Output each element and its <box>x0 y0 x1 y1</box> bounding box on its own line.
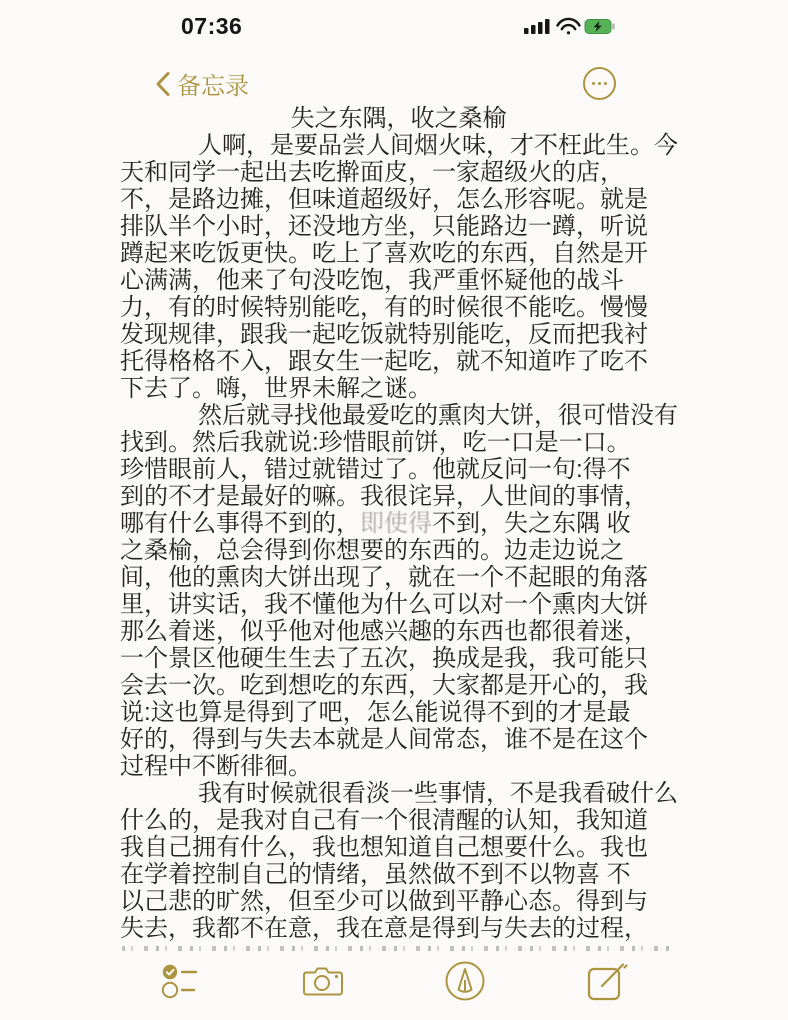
note-body[interactable]: 失之东隅，收之桑榆 人啊，是要品尝人间烟火味，才不枉此生。今天和同学一起出去吃擀… <box>120 105 677 942</box>
notes-app-screen: 07:36 备忘录 <box>0 0 788 1020</box>
note-line: 间，他的熏肉大饼出现了，就在一个不起眼的角落 <box>120 564 677 591</box>
wifi-icon <box>558 19 580 34</box>
note-line: 不，是路边摊，但味道超级好，怎么形容呢。就是 <box>120 186 677 213</box>
note-line: 下去了。嗨，世界未解之谜。 <box>120 375 677 402</box>
note-line: 哪有什么事得不到的，即使得不到，失之东隅 收 <box>120 510 677 537</box>
note-line: 我自己拥有什么，我也想知道自己想要什么。我也 <box>120 834 677 861</box>
note-line: 以己悲的旷然，但至少可以做到平静心态。得到与 <box>120 888 677 915</box>
note-line: 会去一次。吃到想吃的东西，大家都是开心的，我 <box>120 672 677 699</box>
back-button[interactable]: 备忘录 <box>155 66 249 101</box>
note-line: 在学着控制自己的情绪，虽然做不到不以物喜 不 <box>120 861 677 888</box>
note-line: 那么着迷，似乎他对他感兴趣的东西也都很着迷， <box>120 618 677 645</box>
note-line: 排队半个小时，还没地方坐，只能路边一蹲，听说 <box>120 213 677 240</box>
note-line: 失去，我都不在意，我在意是得到与失去的过程， <box>120 915 677 942</box>
note-title: 失之东隅，收之桑榆 <box>120 105 677 132</box>
camera-button[interactable] <box>301 959 345 1003</box>
markup-button[interactable] <box>443 959 487 1003</box>
back-button-label: 备忘录 <box>177 66 249 101</box>
note-paragraph: 我有时候就很看淡一些事情，不是我看破什么什么的，是我对自己有一个很清醒的认知，我… <box>120 780 677 942</box>
compose-icon <box>587 961 629 1001</box>
markup-pen-icon <box>444 960 486 1002</box>
note-line: 心满满，他来了句没吃饱，我严重怀疑他的战斗 <box>120 267 677 294</box>
note-line: 珍惜眼前人，错过就错过了。他就反问一句:得不 <box>120 456 677 483</box>
note-line: 好的，得到与失去本就是人间常态，谁不是在这个 <box>120 726 677 753</box>
note-line: 到的不才是最好的嘛。我很诧异，人世间的事情， <box>120 483 677 510</box>
note-line: 过程中不断徘徊。 <box>120 753 677 780</box>
checklist-icon <box>161 963 199 999</box>
chevron-left-icon <box>155 71 170 97</box>
note-paragraphs: 人啊，是要品尝人间烟火味，才不枉此生。今天和同学一起出去吃擀面皮，一家超级火的店… <box>120 132 677 942</box>
note-line: 说:这也算是得到了吧，怎么能说得不到的才是最 <box>120 699 677 726</box>
note-line: 人啊，是要品尝人间烟火味，才不枉此生。今 <box>120 132 677 159</box>
note-line: 发现规律，跟我一起吃饭就特别能吃，反而把我衬 <box>120 321 677 348</box>
note-line: 之桑榆，总会得到你想要的东西的。边走边说之 <box>120 537 677 564</box>
cellular-signal-icon <box>524 19 550 34</box>
bottom-toolbar <box>158 958 630 1004</box>
note-line: 里，讲实话，我不懂他为什么可以对一个熏肉大饼 <box>120 591 677 618</box>
note-line: 力，有的时候特别能吃，有的时候很不能吃。慢慢 <box>120 294 677 321</box>
more-button[interactable] <box>583 67 616 100</box>
compose-button[interactable] <box>586 959 630 1003</box>
battery-charging-icon <box>585 20 615 34</box>
note-line: 蹲起来吃饭更快。吃上了喜欢吃的东西，自然是开 <box>120 240 677 267</box>
ellipsis-icon <box>592 82 596 86</box>
camera-icon <box>303 964 343 998</box>
note-line: 一个景区他硬生生去了五次，换成是我，我可能只 <box>120 645 677 672</box>
note-line: 然后就寻找他最爱吃的熏肉大饼，很可惜没有 <box>120 402 677 429</box>
checklist-button[interactable] <box>158 959 202 1003</box>
note-line: 什么的，是我对自己有一个很清醒的认知，我知道 <box>120 807 677 834</box>
note-line: 天和同学一起出去吃擀面皮，一家超级火的店， <box>120 159 677 186</box>
note-line: 找到。然后我就说:珍惜眼前饼，吃一口是一口。 <box>120 429 677 456</box>
status-time: 07:36 <box>181 13 242 40</box>
note-line: 托得格格不入，跟女生一起吃，就不知道咋了吃不 <box>120 348 677 375</box>
clipped-text-line <box>122 946 670 951</box>
note-line: 我有时候就很看淡一些事情，不是我看破什么 <box>120 780 677 807</box>
note-paragraph: 人啊，是要品尝人间烟火味，才不枉此生。今天和同学一起出去吃擀面皮，一家超级火的店… <box>120 132 677 402</box>
status-icons <box>524 15 616 39</box>
note-paragraph: 然后就寻找他最爱吃的熏肉大饼，很可惜没有找到。然后我就说:珍惜眼前饼，吃一口是一… <box>120 402 677 780</box>
